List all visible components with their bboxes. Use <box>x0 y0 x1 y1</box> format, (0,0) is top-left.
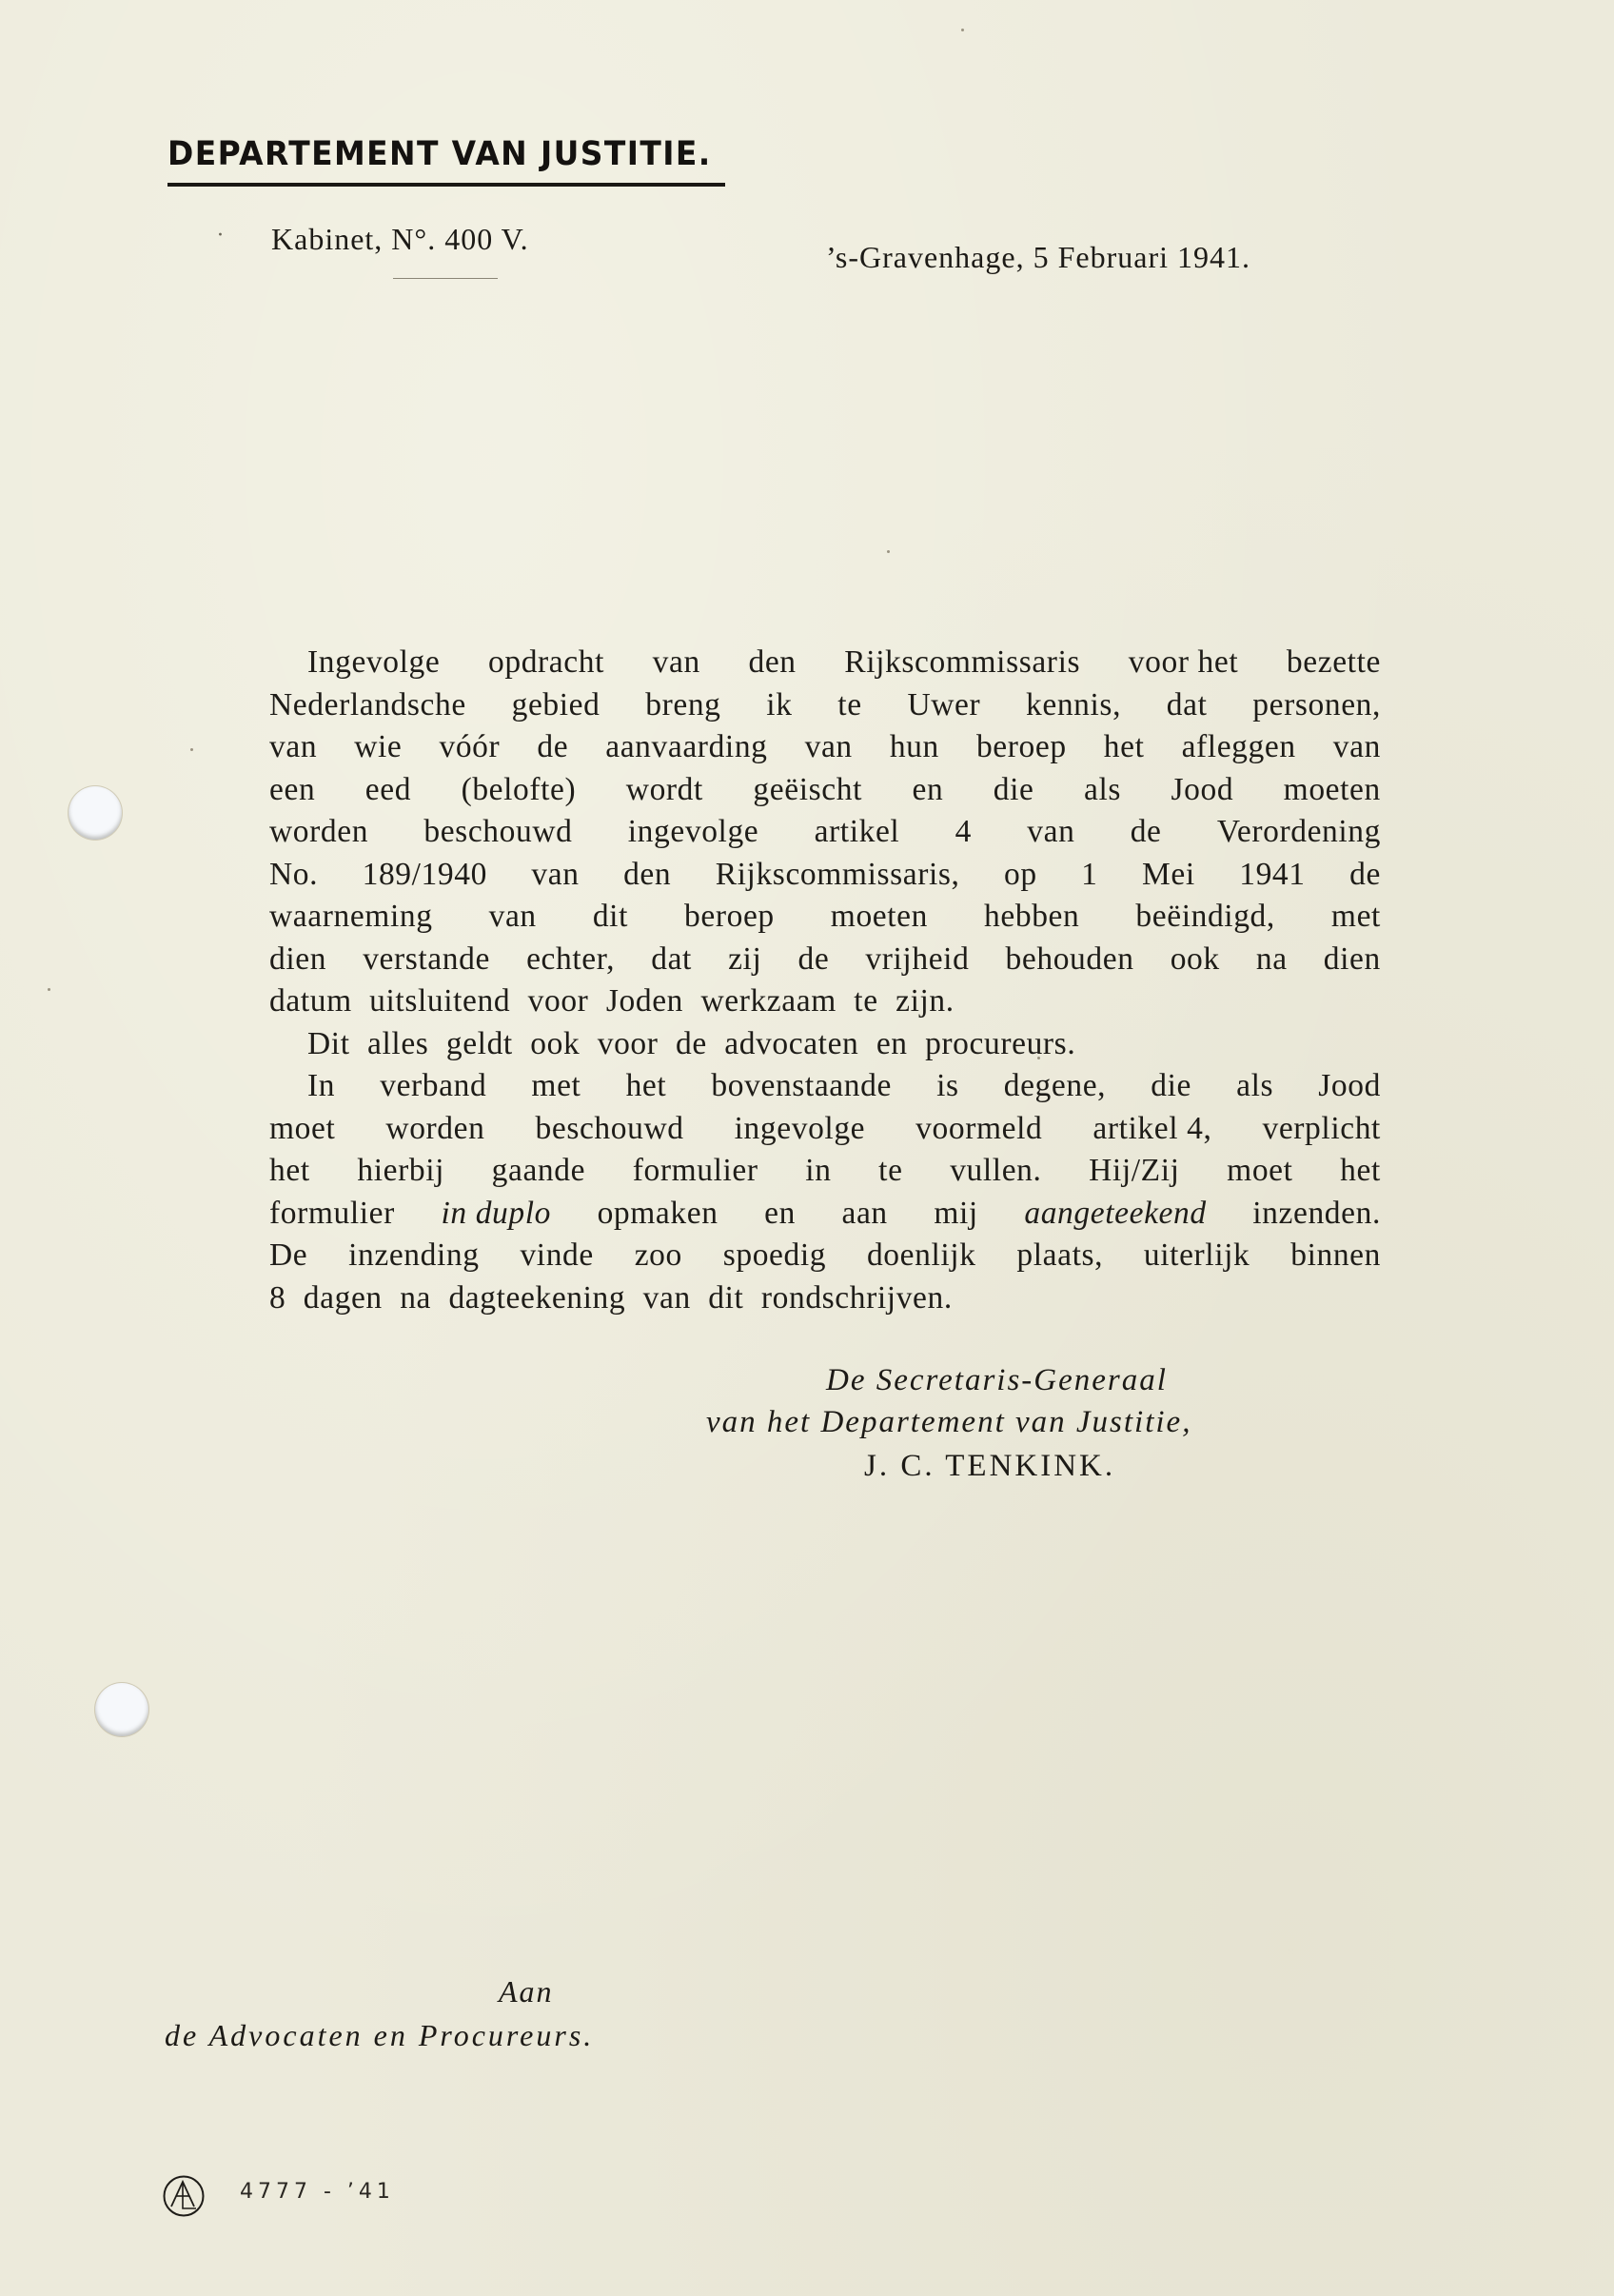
body-line: datumuitsluitendvoorJodenwerkzaamtezijn. <box>269 980 1381 1023</box>
body-word: beroep <box>684 896 775 939</box>
body-word: den <box>623 854 671 897</box>
body-word: is <box>936 1065 959 1108</box>
reference-rule <box>393 278 498 279</box>
body-word: het <box>1340 1150 1381 1193</box>
document-page: DEPARTEMENT VAN JUSTITIE. · Kabinet, N°.… <box>0 0 1614 2296</box>
body-word: gebied <box>512 684 600 727</box>
body-word: eed <box>365 769 411 812</box>
body-word: met <box>531 1065 581 1108</box>
body-word: geëischt <box>753 769 862 812</box>
body-word: de <box>1131 811 1162 854</box>
signatory-title-line-2: van het Departement van Justitie, <box>706 1405 1191 1440</box>
body-word: ook <box>530 1023 580 1066</box>
body-word: bovenstaande <box>711 1065 892 1108</box>
body-word: het <box>1104 726 1145 769</box>
body-word: No. <box>269 854 318 897</box>
body-word: van <box>653 642 700 684</box>
body-word: het <box>626 1065 667 1108</box>
body-word: moeten <box>1284 769 1381 812</box>
addressee-to: Aan <box>499 1974 554 2009</box>
body-word: Nederlandsche <box>269 684 466 727</box>
body-word: de <box>537 726 568 769</box>
place-and-date: ’s-Gravenhage, 5 Februari 1941. <box>826 240 1250 275</box>
paper-speck <box>190 748 193 751</box>
body-word: een <box>269 769 315 812</box>
body-word: die <box>1151 1065 1191 1108</box>
body-word: te <box>837 684 861 727</box>
body-word: aangeteekend <box>1024 1193 1206 1236</box>
addressee-recipients: de Advocaten en Procureurs. <box>165 2018 594 2053</box>
body-word: Verordening <box>1217 811 1381 854</box>
body-word: vóór <box>439 726 500 769</box>
body-word: inzenden. <box>1252 1193 1381 1236</box>
body-word: ik <box>766 684 792 727</box>
body-word: plaats, <box>1016 1235 1103 1277</box>
body-word: spoedig <box>723 1235 826 1277</box>
body-word: Mei <box>1142 854 1195 897</box>
paper-speck <box>961 29 964 31</box>
body-line: formulierin duploopmakenenaanmijaangetee… <box>269 1193 1381 1236</box>
body-word: beschouwd <box>423 811 572 854</box>
body-word: worden <box>385 1108 484 1151</box>
body-word: (belofte) <box>462 769 577 812</box>
body-word: procureurs. <box>925 1023 1075 1066</box>
body-word: dat <box>651 939 692 981</box>
body-word: vullen. <box>950 1150 1041 1193</box>
body-word: de <box>797 939 829 981</box>
body-word: beroep <box>976 726 1067 769</box>
body-word: waarneming <box>269 896 433 939</box>
body-word: te <box>854 980 877 1023</box>
body-word: de <box>1349 854 1381 897</box>
body-word: hierbij <box>357 1150 444 1193</box>
body-word: dagteekening <box>448 1277 625 1320</box>
body-word: Rijkscommissaris <box>844 642 1080 684</box>
body-word: dien <box>269 939 326 981</box>
body-word: moet <box>1227 1150 1292 1193</box>
body-word: dit <box>593 896 628 939</box>
body-word: Jood <box>1318 1065 1381 1108</box>
body-word: artikel <box>815 811 900 854</box>
body-word: opmaken <box>598 1193 718 1236</box>
body-word: behouden <box>1006 939 1134 981</box>
body-word: vrijheid <box>865 939 969 981</box>
body-word: Uwer <box>907 684 980 727</box>
paper-speck <box>887 550 890 553</box>
signatory-title-line-1: De Secretaris-Generaal <box>826 1363 1168 1398</box>
body-word: Ingevolge <box>307 642 440 684</box>
body-word: personen, <box>1252 684 1381 727</box>
body-word: opdracht <box>488 642 604 684</box>
body-word: formulier <box>269 1193 395 1236</box>
body-word: voor het <box>1129 642 1239 684</box>
body-word: In <box>307 1065 335 1108</box>
body-word: in <box>805 1150 831 1193</box>
body-word: uiterlijk <box>1144 1235 1250 1277</box>
body-word: ingevolge <box>628 811 759 854</box>
body-word: advocaten <box>724 1023 858 1066</box>
body-word: na <box>400 1277 431 1320</box>
body-word: als <box>1084 769 1121 812</box>
body-word: de <box>676 1023 707 1066</box>
body-word: moeten <box>831 896 928 939</box>
body-line: No.189/1940vandenRijkscommissaris,op1Mei… <box>269 854 1381 897</box>
body-word: den <box>748 642 796 684</box>
body-word: en <box>764 1193 796 1236</box>
body-line: wordenbeschouwdingevolgeartikel4vandeVer… <box>269 811 1381 854</box>
punch-hole <box>69 786 122 840</box>
body-word: echter, <box>526 939 615 981</box>
body-line: Deinzendingvindezoospoedigdoenlijkplaats… <box>269 1235 1381 1277</box>
body-word: van <box>489 896 537 939</box>
body-word: verstande <box>363 939 490 981</box>
body-word: formulier <box>633 1150 758 1193</box>
body-word: met <box>1331 896 1381 939</box>
body-word: uitsluitend <box>369 980 510 1023</box>
body-word: van <box>805 726 853 769</box>
paper-speck <box>1037 1057 1040 1059</box>
body-word: 8 <box>269 1277 285 1320</box>
body-word: wordt <box>626 769 703 812</box>
body-word: breng <box>645 684 720 727</box>
body-line: IngevolgeopdrachtvandenRijkscommissarisv… <box>269 642 1381 684</box>
body-line: moetwordenbeschouwdingevolgevoormeldarti… <box>269 1108 1381 1151</box>
body-word: dit <box>708 1277 743 1320</box>
body-word: voor <box>598 1023 659 1066</box>
body-word: aan <box>841 1193 887 1236</box>
department-heading: DEPARTEMENT VAN JUSTITIE. <box>167 135 712 173</box>
body-word: verband <box>380 1065 486 1108</box>
print-code: 4777 - ’41 <box>240 2180 395 2204</box>
body-word: beëindigd, <box>1135 896 1274 939</box>
body-word: die <box>994 769 1034 812</box>
body-word: ingevolge <box>735 1108 866 1151</box>
body-word: zoo <box>635 1235 682 1277</box>
body-word: hun <box>890 726 939 769</box>
body-line: waarnemingvanditberoepmoetenhebbenbeëind… <box>269 896 1381 939</box>
body-word: wie <box>354 726 402 769</box>
body-word: 4 <box>955 811 972 854</box>
body-word: moet <box>269 1108 335 1151</box>
printer-monogram-icon <box>162 2174 206 2218</box>
reference-dot: · <box>217 224 224 247</box>
body-word: het <box>269 1150 310 1193</box>
body-word: mij <box>934 1193 977 1236</box>
body-word: en <box>876 1023 908 1066</box>
body-word: Hij/Zij <box>1089 1150 1179 1193</box>
body-line: vanwievóórdeaanvaardingvanhunberoephetaf… <box>269 726 1381 769</box>
body-word: zijn. <box>896 980 955 1023</box>
body-line: Inverbandmethetbovenstaandeisdegene,diea… <box>269 1065 1381 1108</box>
body-word: Dit <box>307 1023 350 1066</box>
body-word: te <box>878 1150 902 1193</box>
body-word: van <box>643 1277 691 1320</box>
body-word: binnen <box>1290 1235 1381 1277</box>
body-word: voor <box>528 980 589 1023</box>
body-word: voormeld <box>915 1108 1042 1151</box>
body-word: dagen <box>304 1277 383 1320</box>
body-word: en <box>912 769 943 812</box>
body-word: doenlijk <box>867 1235 976 1277</box>
heading-underline <box>167 183 725 187</box>
body-word: degene, <box>1004 1065 1106 1108</box>
body-word: afleggen <box>1182 726 1296 769</box>
body-word: rondschrijven. <box>761 1277 953 1320</box>
body-word: bezette <box>1287 642 1381 684</box>
punch-hole <box>95 1683 148 1736</box>
body-word: als <box>1236 1065 1273 1108</box>
body-word: van <box>1333 726 1381 769</box>
letter-body: IngevolgeopdrachtvandenRijkscommissarisv… <box>269 642 1381 1319</box>
body-word: Jood <box>1171 769 1234 812</box>
body-word: verplicht <box>1262 1108 1380 1151</box>
body-word: De <box>269 1235 307 1277</box>
body-word: geldt <box>446 1023 513 1066</box>
body-line: eeneed(belofte)wordtgeëischtendiealsJood… <box>269 769 1381 812</box>
body-word: beschouwd <box>536 1108 684 1151</box>
body-line: dienverstandeechter,datzijdevrijheidbeho… <box>269 939 1381 981</box>
body-line: 8dagennadagteekeningvanditrondschrijven. <box>269 1277 1381 1320</box>
body-word: Rijkscommissaris, <box>716 854 960 897</box>
body-word: dat <box>1167 684 1208 727</box>
body-word: 1941 <box>1239 854 1305 897</box>
body-word: op <box>1004 854 1037 897</box>
body-word: Joden <box>606 980 683 1023</box>
body-line: Ditallesgeldtookvoordeadvocatenenprocure… <box>269 1023 1381 1066</box>
signatory-name: J. C. TENKINK. <box>864 1449 1115 1484</box>
body-word: van <box>531 854 579 897</box>
body-word: kennis, <box>1026 684 1121 727</box>
body-word: artikel 4, <box>1092 1108 1211 1151</box>
body-word: 1 <box>1081 854 1097 897</box>
body-word: vinde <box>520 1235 593 1277</box>
paper-speck <box>48 988 50 991</box>
body-word: worden <box>269 811 368 854</box>
body-word: hebben <box>984 896 1079 939</box>
body-word: aanvaarding <box>605 726 767 769</box>
body-word: werkzaam <box>700 980 836 1023</box>
body-word: van <box>1027 811 1074 854</box>
reference-number: Kabinet, N°. 400 V. <box>271 222 529 257</box>
body-word: gaande <box>492 1150 585 1193</box>
body-word: alles <box>367 1023 428 1066</box>
body-word: in duplo <box>441 1193 551 1236</box>
body-line: NederlandschegebiedbrengikteUwerkennis,d… <box>269 684 1381 727</box>
body-word: ook <box>1171 939 1220 981</box>
body-word: van <box>269 726 317 769</box>
body-line: hethierbijgaandeformulierintevullen.Hij/… <box>269 1150 1381 1193</box>
body-word: datum <box>269 980 352 1023</box>
body-word: dien <box>1324 939 1381 981</box>
body-word: na <box>1256 939 1288 981</box>
body-word: 189/1940 <box>363 854 487 897</box>
body-word: zij <box>728 939 761 981</box>
body-word: inzending <box>348 1235 480 1277</box>
